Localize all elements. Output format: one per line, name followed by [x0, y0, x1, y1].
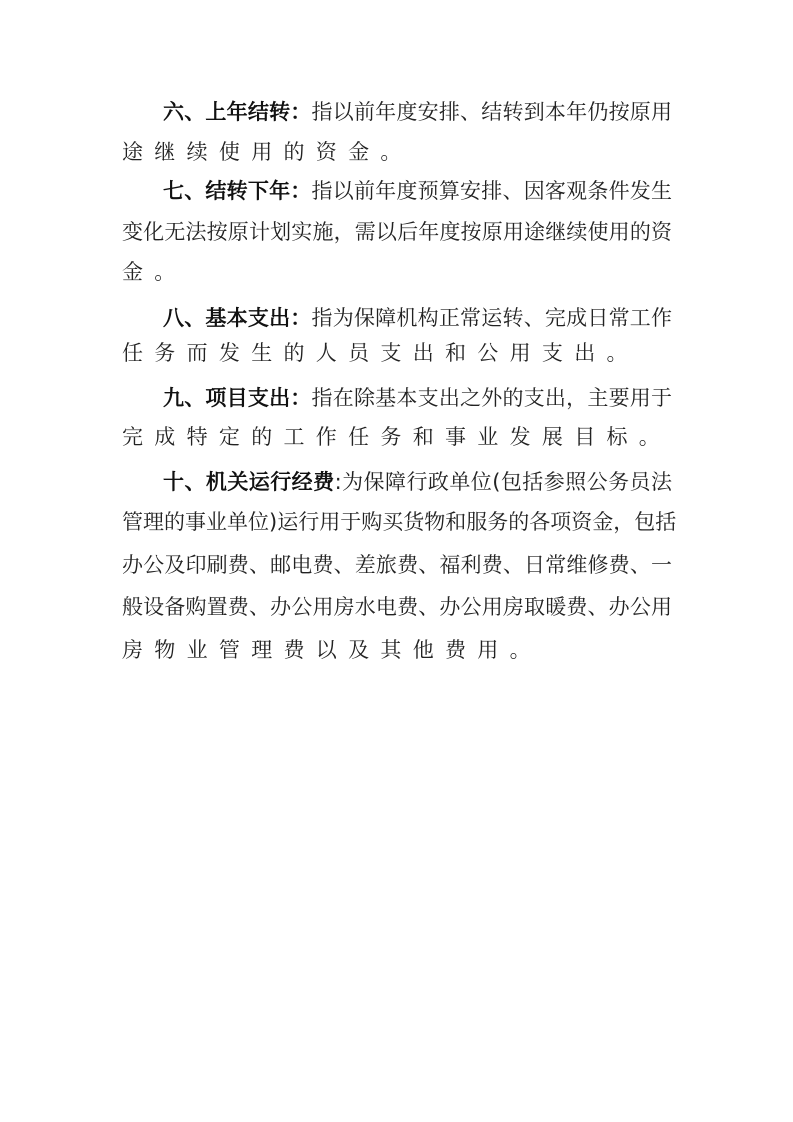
paragraph-6-line-2: 途继续使用的资金。 — [122, 136, 672, 168]
term-heading: 十、机关运行经费 — [163, 470, 335, 494]
paragraph-8-line-2: 任务而发生的人员支出和公用支出。 — [122, 337, 672, 369]
definition-text: :为保障行政单位(包括参照公务员法 — [335, 470, 672, 494]
document-page: 六、上年结转：指以前年度安排、结转到本年仍按原用 途继续使用的资金。 七、结转下… — [0, 0, 793, 1122]
paragraph-7-line-3: 金。 — [122, 256, 672, 288]
paragraph-9-line-1: 九、项目支出：指在除基本支出之外的支出，主要用于 — [163, 382, 672, 414]
term-heading: 八、基本支出： — [163, 306, 312, 330]
paragraph-7-line-1: 七、结转下年：指以前年度预算安排、因客观条件发生 — [163, 175, 672, 207]
paragraph-9-line-2: 完成特定的工作任务和事业发展目标。 — [122, 421, 672, 453]
paragraph-10-line-5: 房物业管理费以及其他费用。 — [122, 634, 672, 666]
paragraph-10-line-4: 般设备购置费、办公用房水电费、办公用房取暖费、办公用 — [122, 591, 672, 623]
term-heading: 六、上年结转： — [163, 100, 312, 124]
paragraph-10-line-3: 办公及印刷费、邮电费、差旅费、福利费、日常维修费、一 — [122, 549, 672, 581]
paragraph-10-line-2: 管理的事业单位)运行用于购买货物和服务的各项资金，包括 — [122, 506, 672, 538]
term-heading: 七、结转下年： — [163, 179, 312, 203]
definition-text: 指以前年度预算安排、因客观条件发生 — [312, 179, 672, 203]
definition-text: 指为保障机构正常运转、完成日常工作 — [312, 306, 672, 330]
paragraph-10-line-1: 十、机关运行经费:为保障行政单位(包括参照公务员法 — [163, 466, 672, 498]
term-heading: 九、项目支出： — [163, 386, 312, 410]
definition-text: 指在除基本支出之外的支出，主要用于 — [312, 386, 672, 410]
paragraph-6-line-1: 六、上年结转：指以前年度安排、结转到本年仍按原用 — [163, 96, 672, 128]
paragraph-8-line-1: 八、基本支出：指为保障机构正常运转、完成日常工作 — [163, 302, 672, 334]
definition-text: 指以前年度安排、结转到本年仍按原用 — [312, 100, 672, 124]
paragraph-7-line-2: 变化无法按原计划实施，需以后年度按原用途继续使用的资 — [122, 216, 672, 248]
